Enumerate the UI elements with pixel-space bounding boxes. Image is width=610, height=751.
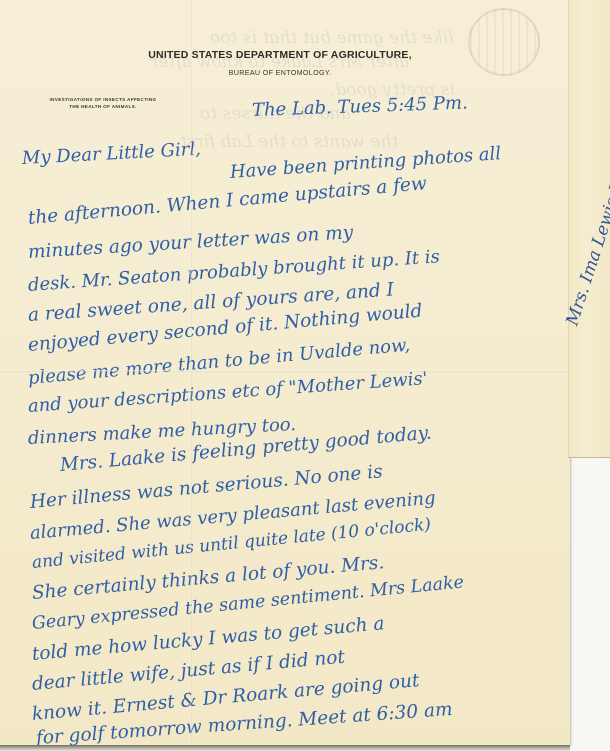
letterhead-division: INVESTIGATIONS OF INSECTS AFFECTING THE … [28,96,178,110]
place-date-time: The Lab. Tues 5:45 Pm. [252,92,468,121]
fold-line [0,370,570,372]
postmark-bleed-through [468,8,540,76]
scanned-letter: like the game but that is too after Mrs … [0,0,610,751]
bleed-through-line: like the game but that is too [210,28,454,48]
letter-page: like the game but that is too after Mrs … [0,0,570,745]
page-bottom-edge [0,745,570,751]
body-line: the afternoon. When I came upstairs a fe… [27,173,427,229]
fold-line [190,0,192,745]
salutation: My Dear Little Girl, [21,139,201,169]
letterhead-department: UNITED STATES DEPARTMENT OF AGRICULTURE, [120,49,440,61]
bleed-through-line: the wants to the Lab first [180,132,398,152]
letterhead-division-line: THE HEALTH OF ANIMALS. [28,103,178,110]
letterhead-bureau: BUREAU OF ENTOMOLOGY. [160,68,400,77]
letterhead-division-line: INVESTIGATIONS OF INSECTS AFFECTING [28,96,178,103]
